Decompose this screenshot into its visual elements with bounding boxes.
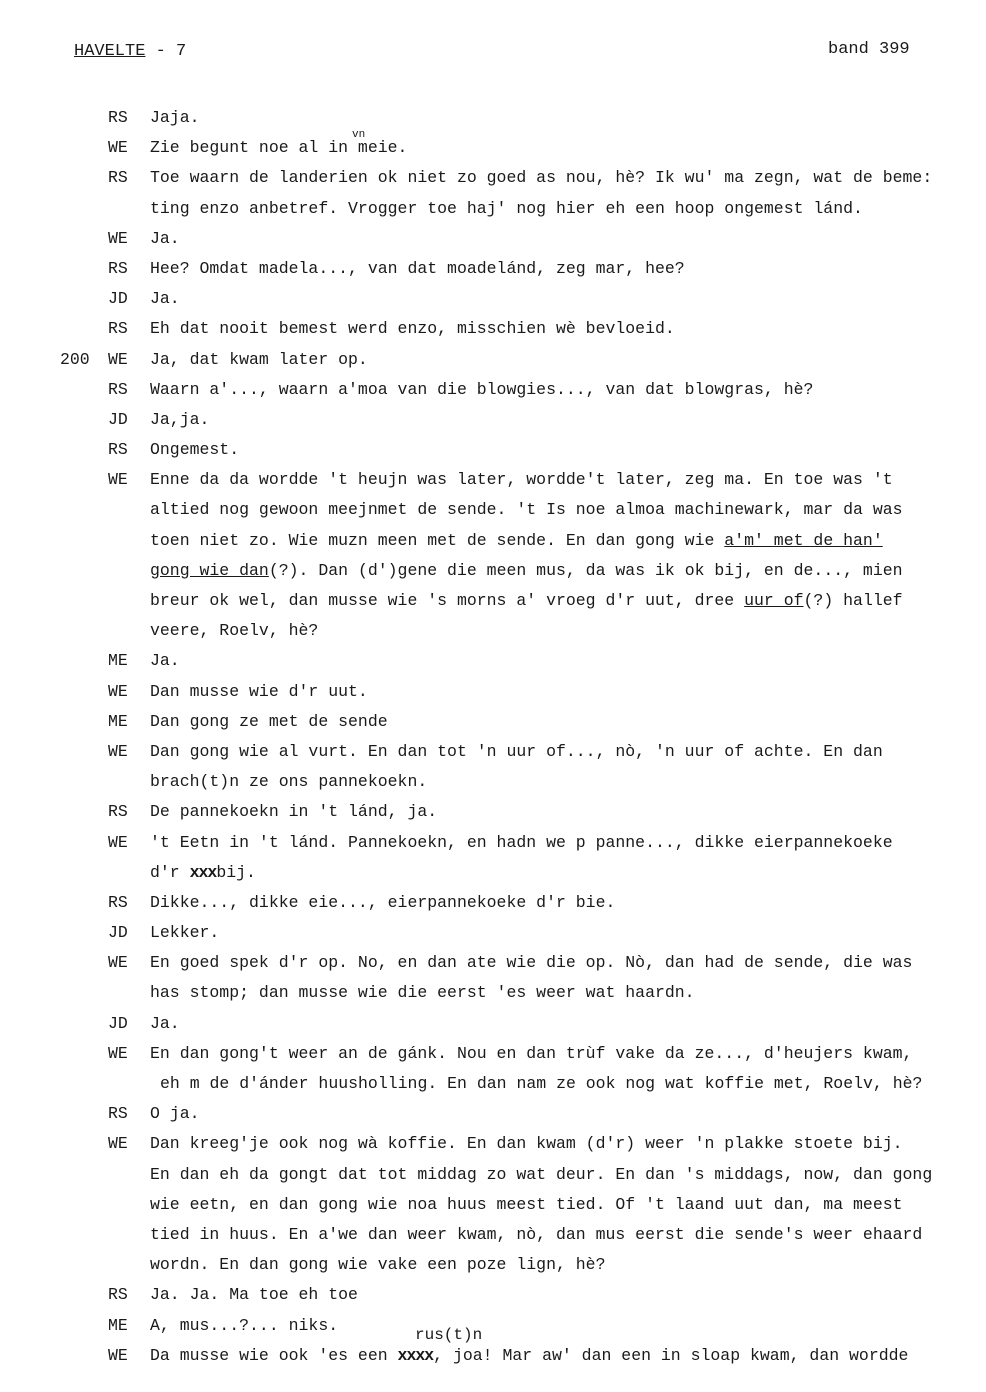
place-name: HAVELTE — [74, 42, 145, 61]
transcript-line: veere, Roelv, hè? — [0, 616, 986, 646]
utterance-text: Eh dat nooit bemest werd enzo, misschien… — [150, 314, 675, 344]
speaker-code: RS — [108, 888, 138, 918]
utterance-text: toen niet zo. Wie muzn meen met de sende… — [150, 526, 883, 556]
utterance-text: Ja, dat kwam later op. — [150, 345, 368, 375]
transcript-line: gong wie dan(?). Dan (d')gene die meen m… — [0, 556, 986, 586]
speaker-code: JD — [108, 405, 138, 435]
utterance-text: Ja. — [150, 284, 180, 314]
utterance-text: Enne da da wordde 't heujn was later, wo… — [150, 465, 893, 495]
speaker-code: WE — [108, 1341, 138, 1371]
utterance-text: Da musse wie ook 'es een xxxx, joa! Mar … — [150, 1341, 908, 1371]
utterance-text: Zie begunt noe al in meie. — [150, 133, 407, 163]
speaker-code: JD — [108, 918, 138, 948]
transcript-line: RSEh dat nooit bemest werd enzo, misschi… — [0, 314, 986, 344]
transcript-line: RSDikke..., dikke eie..., eierpannekoeke… — [0, 888, 986, 918]
utterance-text: gong wie dan(?). Dan (d')gene die meen m… — [150, 556, 903, 586]
speaker-code: WE — [108, 465, 138, 495]
transcript-line: eh m de d'ánder huusholling. En dan nam … — [0, 1069, 986, 1099]
transcript-line: MEJa. — [0, 646, 986, 676]
speaker-code: RS — [108, 375, 138, 405]
transcript-line: brach(t)n ze ons pannekoekn. — [0, 767, 986, 797]
speaker-code: RS — [108, 254, 138, 284]
utterance-text: wie eetn, en dan gong wie noa huus meest… — [150, 1190, 903, 1220]
document-title: HAVELTE - 7 — [74, 42, 186, 61]
transcript-line: WE't Eetn in 't lánd. Pannekoekn, en had… — [0, 828, 986, 858]
speaker-code: RS — [108, 103, 138, 133]
speaker-code: JD — [108, 1009, 138, 1039]
transcript-line: has stomp; dan musse wie die eerst 'es w… — [0, 978, 986, 1008]
utterance-text: brach(t)n ze ons pannekoekn. — [150, 767, 427, 797]
handwritten-annotation: rus(t)n — [415, 1329, 482, 1342]
transcript-line: toen niet zo. Wie muzn meen met de sende… — [0, 526, 986, 556]
utterance-text: Dan gong ze met de sende — [150, 707, 388, 737]
utterance-text: Waarn a'..., waarn a'moa van die blowgie… — [150, 375, 813, 405]
utterance-text: A, mus...?... niks. — [150, 1311, 338, 1341]
transcript-line: WEDan musse wie d'r uut. — [0, 677, 986, 707]
utterance-text: 't Eetn in 't lánd. Pannekoekn, en hadn … — [150, 828, 893, 858]
transcript-line: tied in huus. En a'we dan weer kwam, nò,… — [0, 1220, 986, 1250]
utterance-text: breur ok wel, dan musse wie 's morns a' … — [150, 586, 903, 616]
speaker-code: WE — [108, 1129, 138, 1159]
utterance-text: En goed spek d'r op. No, en dan ate wie … — [150, 948, 912, 978]
transcript-line: MEDan gong ze met de sende — [0, 707, 986, 737]
speaker-code: JD — [108, 284, 138, 314]
utterance-text: Dan gong wie al vurt. En dan tot 'n uur … — [150, 737, 883, 767]
utterance-text: Dan musse wie d'r uut. — [150, 677, 368, 707]
transcript-line: wie eetn, en dan gong wie noa huus meest… — [0, 1190, 986, 1220]
transcript-line: RSJaja. — [0, 103, 986, 133]
handwritten-annotation: vn — [352, 129, 365, 142]
struck-out-text: xxx — [190, 863, 217, 882]
transcript-line: WEEn dan gong't weer an de gánk. Nou en … — [0, 1039, 986, 1069]
transcript-line: ting enzo anbetref. Vrogger toe haj' nog… — [0, 194, 986, 224]
utterance-text: Dan kreeg'je ook nog wà koffie. En dan k… — [150, 1129, 903, 1159]
speaker-code: ME — [108, 707, 138, 737]
speaker-code: WE — [108, 677, 138, 707]
transcript-body: RSJaja.WEZie begunt noe al in meie.vnRST… — [0, 103, 986, 1371]
transcript-line: WEJa. — [0, 224, 986, 254]
struck-out-text: xxxx — [398, 1346, 434, 1365]
line-number: 200 — [60, 345, 100, 375]
transcript-line: WEEn goed spek d'r op. No, en dan ate wi… — [0, 948, 986, 978]
speaker-code: ME — [108, 646, 138, 676]
utterance-text: Hee? Omdat madela..., van dat moadelánd,… — [150, 254, 685, 284]
transcript-line: WEDan gong wie al vurt. En dan tot 'n uu… — [0, 737, 986, 767]
utterance-text: Jaja. — [150, 103, 200, 133]
transcript-line: WEEnne da da wordde 't heujn was later, … — [0, 465, 986, 495]
transcript-line: MEA, mus...?... niks. — [0, 1311, 986, 1341]
utterance-text: O ja. — [150, 1099, 200, 1129]
transcript-line: breur ok wel, dan musse wie 's morns a' … — [0, 586, 986, 616]
utterance-text: Lekker. — [150, 918, 219, 948]
transcript-line: JDJa. — [0, 1009, 986, 1039]
transcript-line: d'r xxxbij. — [0, 858, 986, 888]
transcript-line: En dan eh da gongt dat tot middag zo wat… — [0, 1160, 986, 1190]
transcript-line: WEZie begunt noe al in meie.vn — [0, 133, 986, 163]
utterance-text: Ja,ja. — [150, 405, 209, 435]
transcript-line: wordn. En dan gong wie vake een poze lig… — [0, 1250, 986, 1280]
transcript-line: RSOngemest. — [0, 435, 986, 465]
speaker-code: RS — [108, 1280, 138, 1310]
speaker-code: WE — [108, 828, 138, 858]
uncertain-text: gong wie dan — [150, 561, 269, 580]
utterance-text: altied nog gewoon meejnmet de sende. 't … — [150, 495, 903, 525]
transcript-line: RSJa. Ja. Ma toe eh toe — [0, 1280, 986, 1310]
uncertain-text: uur of — [744, 591, 803, 610]
utterance-text: d'r xxxbij. — [150, 858, 256, 888]
speaker-code: RS — [108, 797, 138, 827]
speaker-code: WE — [108, 133, 138, 163]
speaker-code: WE — [108, 948, 138, 978]
transcript-line: RSHee? Omdat madela..., van dat moadelán… — [0, 254, 986, 284]
utterance-text: tied in huus. En a'we dan weer kwam, nò,… — [150, 1220, 922, 1250]
utterance-text: Dikke..., dikke eie..., eierpannekoeke d… — [150, 888, 615, 918]
utterance-text: En dan gong't weer an de gánk. Nou en da… — [150, 1039, 912, 1069]
transcript-line: JDLekker. — [0, 918, 986, 948]
transcript-line: RSDe pannekoekn in 't lánd, ja. — [0, 797, 986, 827]
utterance-text: veere, Roelv, hè? — [150, 616, 318, 646]
uncertain-text: a'm' met de han' — [724, 531, 882, 550]
page-number: - 7 — [145, 42, 186, 61]
transcript-line: RSToe waarn de landerien ok niet zo goed… — [0, 163, 986, 193]
speaker-code: WE — [108, 345, 138, 375]
utterance-text: has stomp; dan musse wie die eerst 'es w… — [150, 978, 695, 1008]
transcript-line: WEDan kreeg'je ook nog wà koffie. En dan… — [0, 1129, 986, 1159]
speaker-code: RS — [108, 163, 138, 193]
utterance-text: wordn. En dan gong wie vake een poze lig… — [150, 1250, 605, 1280]
speaker-code: WE — [108, 1039, 138, 1069]
utterance-text: Ja. Ja. Ma toe eh toe — [150, 1280, 358, 1310]
speaker-code: WE — [108, 224, 138, 254]
utterance-text: Ja. — [150, 224, 180, 254]
speaker-code: RS — [108, 435, 138, 465]
utterance-text: De pannekoekn in 't lánd, ja. — [150, 797, 437, 827]
transcript-line: RSWaarn a'..., waarn a'moa van die blowg… — [0, 375, 986, 405]
speaker-code: RS — [108, 314, 138, 344]
transcript-line: altied nog gewoon meejnmet de sende. 't … — [0, 495, 986, 525]
utterance-text: ting enzo anbetref. Vrogger toe haj' nog… — [150, 194, 863, 224]
speaker-code: ME — [108, 1311, 138, 1341]
utterance-text: En dan eh da gongt dat tot middag zo wat… — [150, 1160, 932, 1190]
speaker-code: RS — [108, 1099, 138, 1129]
utterance-text: Ja. — [150, 1009, 180, 1039]
utterance-text: Ongemest. — [150, 435, 239, 465]
transcript-line: JDJa,ja. — [0, 405, 986, 435]
tape-number: band 399 — [828, 40, 910, 59]
transcript-line: RSO ja. — [0, 1099, 986, 1129]
utterance-text: Ja. — [150, 646, 180, 676]
utterance-text: Toe waarn de landerien ok niet zo goed a… — [150, 163, 932, 193]
utterance-text: eh m de d'ánder huusholling. En dan nam … — [160, 1069, 922, 1099]
transcript-line: JDJa. — [0, 284, 986, 314]
transcript-line: WEDa musse wie ook 'es een xxxx, joa! Ma… — [0, 1341, 986, 1371]
speaker-code: WE — [108, 737, 138, 767]
transcript-line: 200WEJa, dat kwam later op. — [0, 345, 986, 375]
